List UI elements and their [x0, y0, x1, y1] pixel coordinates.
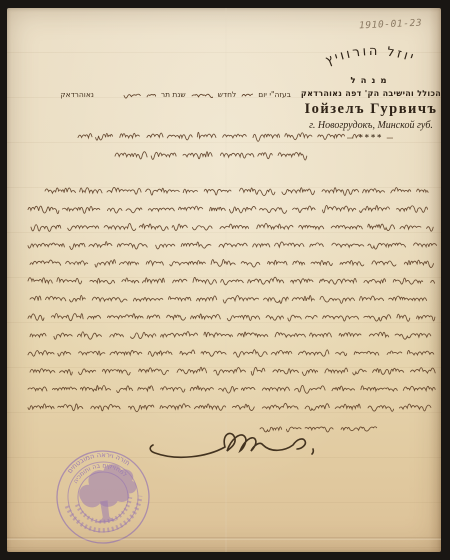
month-label: לחדש — [218, 90, 237, 99]
letterhead-name-cyrillic: Іойзелъ Гурвичъ — [292, 101, 450, 118]
printed-date-line: בעזה"י יום לחדש שנת תר נאוהרדאק — [37, 87, 291, 101]
arc-name-text: ץיוורוה לזוי — [323, 44, 417, 69]
organization-stamp: םיחטבומה האריו הרות היכמותו הב םיקיזחמל — [47, 441, 160, 554]
handwritten-month-fill — [191, 88, 213, 100]
place-label: נאוהרדאק — [60, 90, 94, 99]
svg-text:ץיוורוה לזוי: ץיוורוה לזוי — [323, 44, 417, 69]
letterhead-role: מנהל — [292, 76, 450, 86]
letterhead: ץיוורוה לזוי מנהל הכולל והישיבה הק' דפה … — [292, 32, 450, 150]
date-prefix-label: בעזה"י יום — [258, 90, 291, 99]
handwritten-day-fill — [241, 88, 253, 100]
signature-flourish — [147, 423, 327, 463]
letterhead-divider: **** — [292, 133, 450, 142]
letter-paper: 1910-01-23 ץיוורוה לזוי מנהל הכולל והישי… — [7, 8, 441, 552]
letterhead-address-cyrillic: г. Новогрудокъ, Минской губ. — [292, 120, 450, 131]
photo-background: 1910-01-23 ץיוורוה לזוי מנהל הכולל והישי… — [0, 0, 450, 560]
handwritten-year-fill — [146, 88, 156, 100]
year-label: שנת תר — [161, 90, 186, 99]
letterhead-org-line: הכולל והישיבה הק' דפה נאוהרדאק — [292, 89, 450, 98]
pencil-date-annotation: 1910-01-23 — [359, 18, 423, 32]
handwritten-extra-fill — [123, 88, 141, 100]
